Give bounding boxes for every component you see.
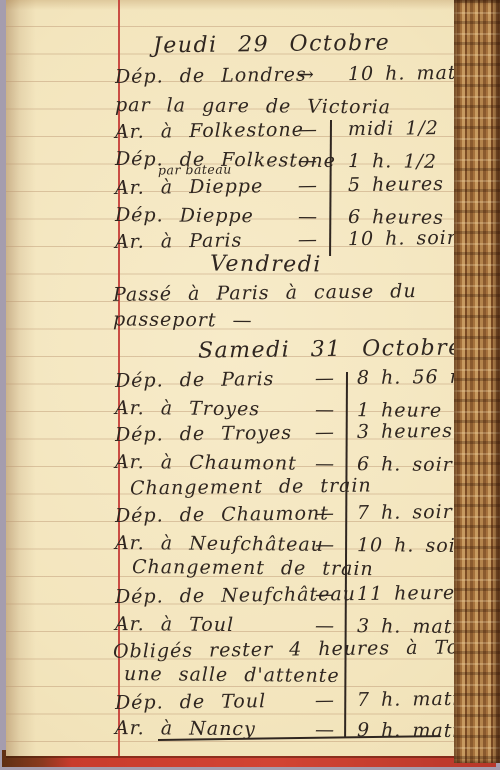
entry-connector: — [315,532,335,558]
day-heading: Samedi 31 Octobre [198,335,463,363]
entry-time: 10 h. soir [357,532,466,559]
entry-time: midi 1/2 [348,115,439,142]
entry-connector: — [315,451,335,477]
entry-connector: — [298,173,318,199]
note-line: Changement de train [132,556,374,580]
entry-label: Ar. à Troyes [115,395,260,422]
entry-label: Dép. de Toul [115,688,266,716]
entry-connector: — [298,227,318,253]
entry-label: Ar. à Toul [115,611,234,638]
entry-connector: — [315,687,335,713]
note-line: passeport — [113,308,253,331]
entry-label: Dép. Dieppe [115,202,254,229]
entry-label: Ar. à Folkestone [115,117,304,145]
entry-label: Dép. de Troyes [115,420,292,448]
entry-label: Ar. à Nancy [115,715,256,742]
entry-connector: — [298,117,318,143]
entry-connector: — [298,148,318,174]
book-edge-right [454,0,500,763]
entry-connector: — [315,581,335,607]
note-line: une salle d'attente [124,663,340,687]
entry-connector: — [315,613,335,639]
note-line: Passé à Paris à cause du [113,280,417,306]
entry-label: Dép. de Londres [115,62,307,90]
entry-time: 5 heures [348,171,444,198]
note-line: Changement de train [130,475,372,500]
note-line: Obligés rester 4 heures à Toul dans [113,635,500,662]
entry-label: Dép. de Paris [115,366,275,394]
day-heading: Jeudi 29 Octobre [153,31,390,59]
entry-time: 3 heures [357,418,453,445]
entry-label: Ar. à Chaumont [115,449,297,477]
entry-connector: — [315,365,335,391]
day-heading: Vendredi [210,252,322,278]
scanned-notebook-page: Jeudi 29 Octobre Dép. de Londres → 10 h.… [0,0,500,770]
entry-connector: — [315,419,335,445]
entry-time: 7 h. soir [357,499,453,526]
entry-connector: → [298,62,315,88]
entry-label: Dép. de Chaumont [115,500,329,529]
entry-label: Ar. à Dieppe [115,173,264,201]
entry-label: Ar. à Neufchâteau [115,530,324,558]
entry-connector: — [315,500,335,526]
entry-connector: — [315,717,335,743]
entry-time: 10 h. soir [348,225,457,252]
